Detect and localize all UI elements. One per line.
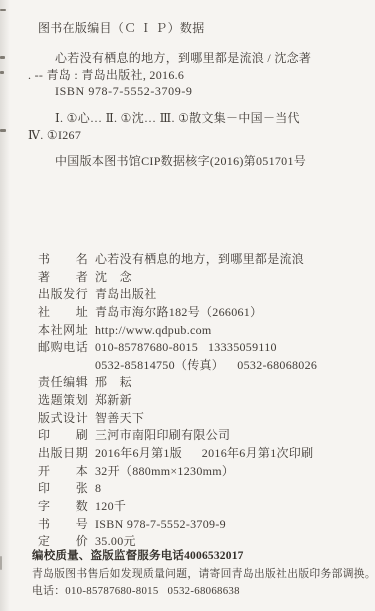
publication-info-table: 书名 心若没有栖息的地方，到哪里都是流浪 著者 沈 念 出版发行 青岛出版社 社… bbox=[38, 251, 369, 551]
info-row-label: 社址 bbox=[38, 304, 88, 322]
info-row-value: 0532-85814750（传真） 0532-68068026 bbox=[95, 357, 317, 375]
cip-classification-line: Ⅰ. ①心… Ⅱ. ①沈… Ⅲ. ①散文集－中国－当代 bbox=[55, 111, 300, 125]
info-row-label: 印刷 bbox=[38, 427, 88, 445]
scan-artifact bbox=[0, 56, 5, 59]
info-row-value: 智善天下 bbox=[95, 410, 144, 428]
info-row-format: 开本 32开（880mm×1230mm） bbox=[38, 463, 369, 481]
info-row-label: 书号 bbox=[38, 516, 88, 534]
info-row-label: 本社网址 bbox=[38, 322, 88, 340]
info-row-planner: 选题策划 郑新新 bbox=[38, 392, 369, 410]
return-policy-note: 青岛版图书售后如发现质量问题，请寄回青岛出版社出版印务部调换。 bbox=[32, 567, 375, 581]
info-row-value: 心若没有栖息的地方，到哪里都是流浪 bbox=[95, 251, 304, 269]
info-row-label: 书名 bbox=[38, 251, 88, 269]
service-phone-line: 电话：010-85787680-8015 0532-68068638 bbox=[32, 584, 240, 598]
info-row-phone-continued: 0532-85814750（传真） 0532-68068026 bbox=[38, 357, 369, 375]
info-row-value: 2016年6月第1版 2016年6月第1次印刷 bbox=[95, 445, 313, 463]
scan-artifact bbox=[0, 129, 6, 132]
info-row-label: 字数 bbox=[38, 498, 88, 516]
info-row-value: http://www.qdpub.com bbox=[95, 322, 212, 340]
info-row-sheets: 印张 8 bbox=[38, 480, 369, 498]
scan-artifact bbox=[0, 71, 4, 74]
info-row-label: 版式设计 bbox=[38, 410, 88, 428]
info-row-label: 出版发行 bbox=[38, 286, 88, 304]
info-row-address: 社址 青岛市海尔路182号（266061） bbox=[38, 304, 369, 322]
info-row-website: 本社网址 http://www.qdpub.com bbox=[38, 322, 369, 340]
info-row-value: 青岛出版社 bbox=[95, 286, 157, 304]
info-row-publisher: 出版发行 青岛出版社 bbox=[38, 286, 369, 304]
info-row-value: 青岛市海尔路182号（266061） bbox=[95, 304, 262, 322]
cip-classification-line2: Ⅳ. ①I267 bbox=[28, 128, 81, 142]
cip-title-line: 心若没有栖息的地方，到哪里都是流浪 / 沈念著 bbox=[55, 51, 311, 65]
info-row-label: 选题策划 bbox=[38, 392, 88, 410]
info-row-label: 著者 bbox=[38, 269, 88, 287]
info-row-mail-order-phone: 邮购电话 010-85787680-8015 13335059110 bbox=[38, 339, 369, 357]
info-row-label: 邮购电话 bbox=[38, 339, 88, 357]
info-row-label: 印张 bbox=[38, 480, 88, 498]
quality-hotline-notice: 编校质量、盗版监督服务电话4006532017 bbox=[32, 549, 244, 563]
info-row-value: ISBN 978-7-5552-3709-9 bbox=[95, 516, 226, 534]
book-copyright-page: 图书在版编目（Ｃ Ｉ Ｐ）数据 心若没有栖息的地方，到哪里都是流浪 / 沈念著 … bbox=[0, 0, 375, 611]
info-row-printer: 印刷 三河市南阳印刷有限公司 bbox=[38, 427, 369, 445]
info-row-label bbox=[38, 357, 88, 375]
info-row-isbn: 书号 ISBN 978-7-5552-3709-9 bbox=[38, 516, 369, 534]
info-row-value: 32开（880mm×1230mm） bbox=[95, 463, 234, 481]
info-row-label: 出版日期 bbox=[38, 445, 88, 463]
info-row-word-count: 字数 120千 bbox=[38, 498, 369, 516]
info-row-publish-date: 出版日期 2016年6月第1版 2016年6月第1次印刷 bbox=[38, 445, 369, 463]
cip-header: 图书在版编目（Ｃ Ｉ Ｐ）数据 bbox=[38, 21, 205, 35]
cip-isbn-line: ISBN 978-7-5552-3709-9 bbox=[55, 84, 193, 98]
cip-record-number-line: 中国版本图书馆CIP数据核字(2016)第051701号 bbox=[55, 154, 306, 168]
info-row-label: 责任编辑 bbox=[38, 374, 88, 392]
scan-artifact bbox=[0, 556, 2, 570]
info-row-label: 开本 bbox=[38, 463, 88, 481]
info-row-value: 120千 bbox=[95, 498, 126, 516]
info-row-author: 著者 沈 念 bbox=[38, 269, 369, 287]
info-row-value: 郑新新 bbox=[95, 392, 132, 410]
info-row-value: 沈 念 bbox=[95, 269, 132, 287]
info-row-value: 8 bbox=[95, 480, 101, 498]
info-row-value: 三河市南阳印刷有限公司 bbox=[95, 427, 230, 445]
info-row-layout-design: 版式设计 智善天下 bbox=[38, 410, 369, 428]
info-row-title: 书名 心若没有栖息的地方，到哪里都是流浪 bbox=[38, 251, 369, 269]
scan-artifact bbox=[0, 9, 6, 11]
info-row-value: 010-85787680-8015 13335059110 bbox=[95, 339, 277, 357]
cip-publisher-line: . -- 青岛 : 青岛出版社, 2016.6 bbox=[28, 68, 184, 82]
info-row-value: 邢 耘 bbox=[95, 374, 132, 392]
info-row-editor: 责任编辑 邢 耘 bbox=[38, 374, 369, 392]
